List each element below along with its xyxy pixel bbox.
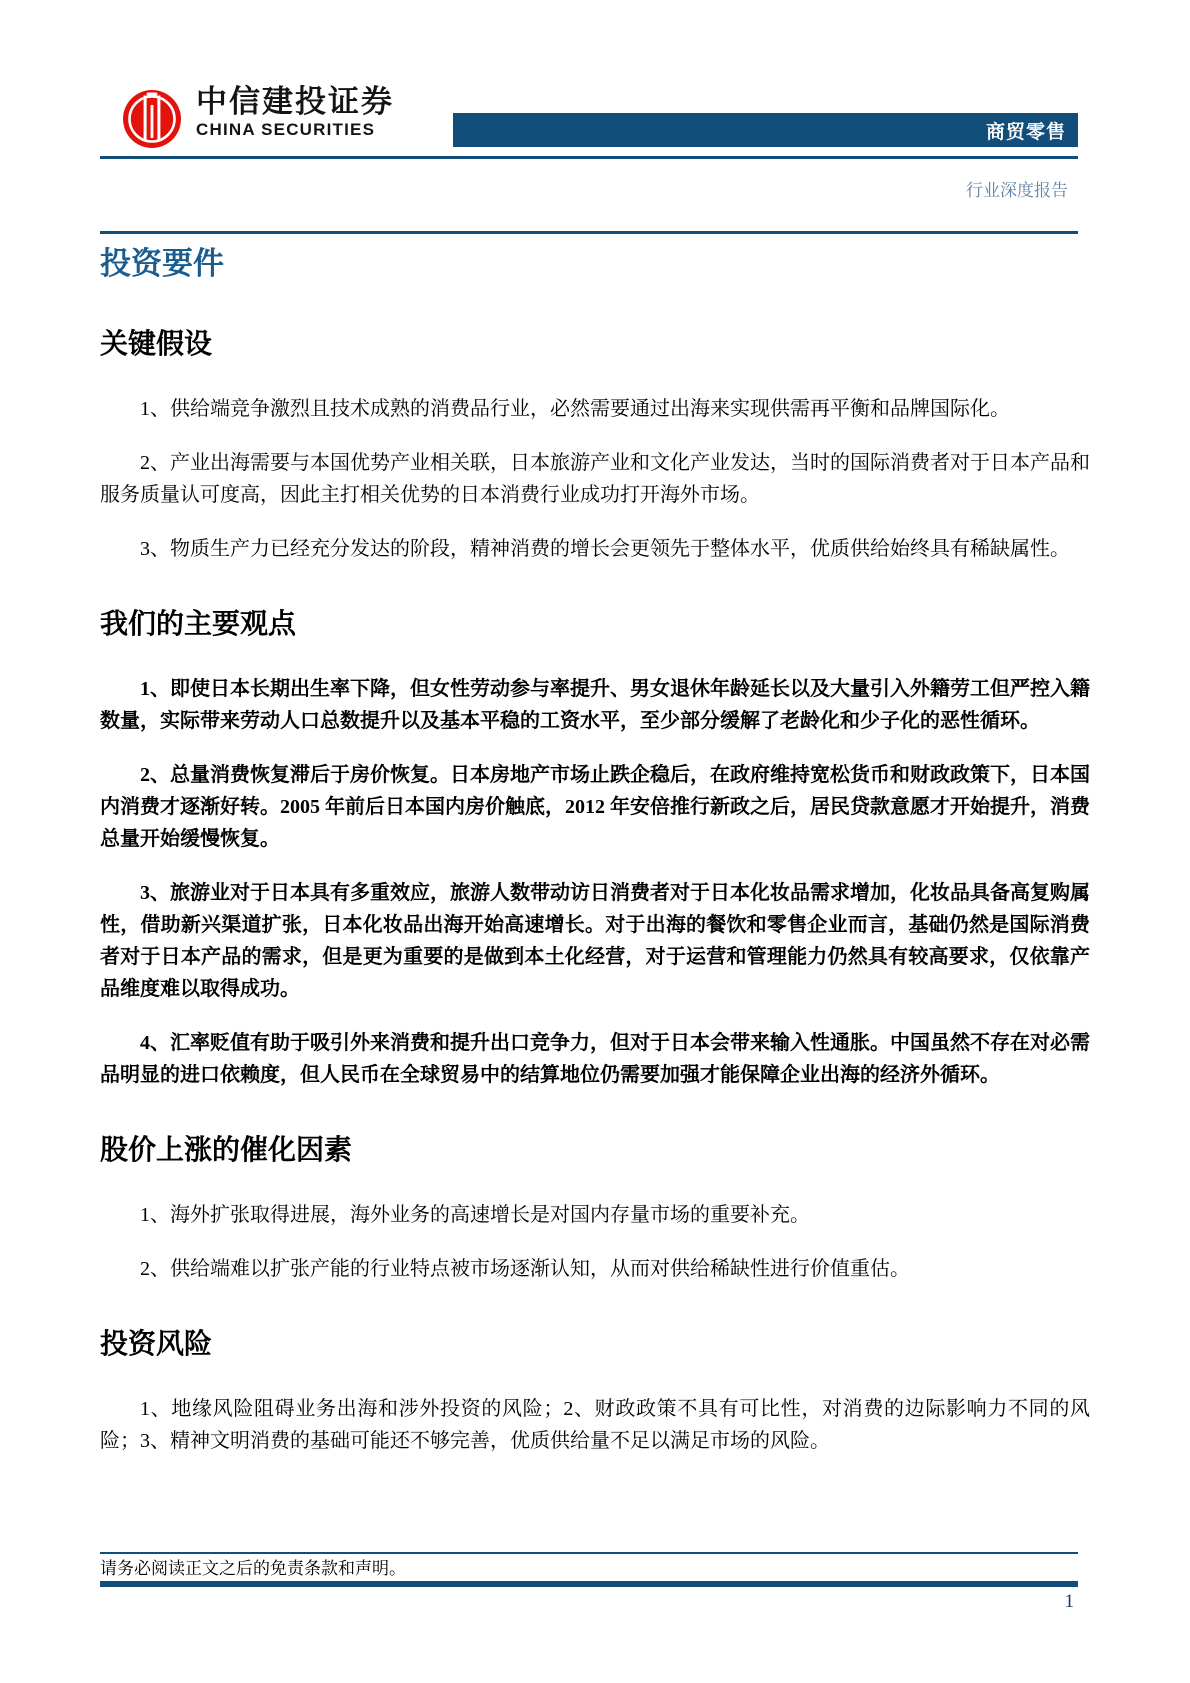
paragraph: 3、旅游业对于日本具有多重效应，旅游人数带动访日消费者对于日本化妆品需求增加，化… <box>100 877 1090 1005</box>
report-page: 中信建投证券 CHINA SECURITIES 商贸零售 行业深度报告 投资要件… <box>0 0 1190 1683</box>
paragraph: 1、地缘风险阻碍业务出海和涉外投资的风险；2、财政政策不具有可比性，对消费的边际… <box>100 1393 1090 1457</box>
paragraph: 2、供给端难以扩张产能的行业特点被市场逐渐认知，从而对供给稀缺性进行价值重估。 <box>100 1253 1090 1285</box>
paragraph: 1、海外扩张取得进展，海外业务的高速增长是对国内存量市场的重要补充。 <box>100 1199 1090 1231</box>
paragraph: 1、即使日本长期出生率下降，但女性劳动参与率提升、男女退休年龄延长以及大量引入外… <box>100 673 1090 737</box>
paragraph: 2、总量消费恢复滞后于房价恢复。日本房地产市场止跌企稳后，在政府维持宽松货币和财… <box>100 759 1090 855</box>
page-number: 1 <box>100 1591 1074 1613</box>
page-title: 投资要件 <box>100 243 1090 285</box>
paragraph: 3、物质生产力已经充分发达的阶段，精神消费的增长会更领先于整体水平，优质供给始终… <box>100 533 1090 565</box>
footer-disclaimer: 请务必阅读正文之后的免责条款和声明。 <box>100 1558 1000 1580</box>
paragraph: 2、产业出海需要与本国优势产业相关联，日本旅游产业和文化产业发达，当时的国际消费… <box>100 447 1090 511</box>
section-heading-investment-risks: 投资风险 <box>100 1327 1090 1363</box>
brand-block: 中信建投证券 CHINA SECURITIES <box>196 86 394 138</box>
paragraph: 1、供给端竞争激烈且技术成熟的消费品行业，必然需要通过出海来实现供需再平衡和品牌… <box>100 393 1090 425</box>
footer-divider-thin <box>100 1552 1078 1554</box>
industry-tag-bar: 商贸零售 <box>453 113 1078 147</box>
section-heading-catalysts: 股价上涨的催化因素 <box>100 1133 1090 1169</box>
industry-tag-label: 商贸零售 <box>986 117 1066 144</box>
header-divider <box>100 156 1078 159</box>
document-body: 投资要件 关键假设 1、供给端竞争激烈且技术成熟的消费品行业，必然需要通过出海来… <box>100 243 1090 1457</box>
brand-name-english: CHINA SECURITIES <box>196 121 394 138</box>
section-heading-main-views: 我们的主要观点 <box>100 607 1090 643</box>
citic-logo-icon <box>121 88 183 150</box>
footer-divider-thick <box>100 1581 1078 1587</box>
paragraph: 4、汇率贬值有助于吸引外来消费和提升出口竞争力，但对于日本会带来输入性通胀。中国… <box>100 1027 1090 1091</box>
section-heading-key-assumptions: 关键假设 <box>100 327 1090 363</box>
title-divider <box>100 231 1078 234</box>
brand-name-chinese: 中信建投证券 <box>196 86 394 117</box>
report-type-label: 行业深度报告 <box>453 176 1068 201</box>
